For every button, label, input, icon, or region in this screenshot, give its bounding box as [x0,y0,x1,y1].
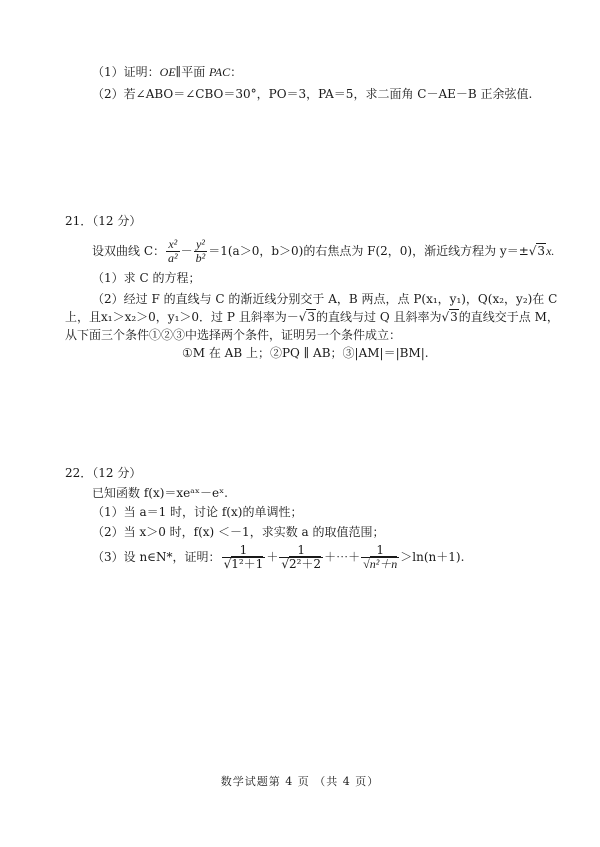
plus-sign: ＋ [266,550,278,564]
q21-intro-text: 设双曲线 C： [92,244,165,258]
q21-header: 21．（12 分） [65,213,141,229]
q22-part3-text: （3）设 n∈N*，证明： [92,550,221,564]
denominator: a² [166,252,180,265]
radicand: 2²＋2 [289,556,321,571]
q21-intro-text-b: ＝1(a＞0，b＞0)的右焦点为 F(2，0)，渐近线方程为 y＝± [208,244,529,258]
punct: ： [230,65,242,79]
denominator: b² [194,252,208,265]
page-footer: 数学试题第 4 页 （共 4 页） [0,774,600,790]
q21-intro: 设双曲线 C：x²a²－y²b²＝1(a＞0，b＞0)的右焦点为 F(2，0)，… [92,236,554,266]
q20-part1: （1）证明：OE∥平面 PAC： [92,64,242,80]
q21-text: 上，且x₁＞x₂＞0，y₁＞0．过 P 且斜率为－ [65,310,299,324]
q22-header: 22．（12 分） [65,465,141,481]
q21-text: 的直线交于点 M， [459,310,559,324]
sqrt-3: √3 [442,309,459,325]
radicand: n²＋n [370,556,398,571]
fraction-y2-b2: y²b² [194,238,208,265]
sqrt-3: √3 [529,236,546,266]
part-number: （1） [92,65,124,79]
fraction-term-n: 1√n²＋n [361,544,399,571]
fraction-x2-a2: x²a² [166,238,180,265]
fraction-term-1: 1√1²＋1 [222,544,266,571]
q20-part1-text: 证明： [124,65,160,79]
q20-part2: （2）若∠ABO＝∠CBO＝30°，PO＝3，PA＝5，求二面角 C－AE－B … [92,86,532,102]
q21-part2-line2: 上，且x₁＞x₂＞0，y₁＞0．过 P 且斜率为－√3的直线与过 Q 且斜率为√… [65,309,559,325]
denominator: √n²＋n [361,558,399,571]
part-number: （2） [92,87,124,101]
math-pac: PAC [209,65,230,79]
q22-part1: （1）当 a＝1 时，讨论 f(x)的单调性； [92,504,302,520]
minus-sign: － [181,244,193,258]
q22-intro: 已知函数 f(x)＝xeᵃˣ－eˣ. [92,485,228,501]
radicand: 3 [306,309,316,324]
q20-part2-text: 若∠ABO＝∠CBO＝30°，PO＝3，PA＝5，求二面角 C－AE－B 正余弦… [124,87,533,101]
numerator: y² [194,238,208,252]
denominator: √1²＋1 [222,558,266,571]
q20-part1-text-c: ∥平面 [176,65,209,79]
q21-text: 的直线与过 Q 且斜率为 [316,310,441,324]
math-x: x. [546,244,554,258]
denominator: √2²＋2 [279,558,323,571]
fraction-term-2: 1√2²＋2 [279,544,323,571]
q21-part1: （1）求 C 的方程； [92,270,200,286]
numerator: x² [166,238,180,252]
q22-part3: （3）设 n∈N*，证明：1√1²＋1＋1√2²＋2＋⋯＋1√n²＋n＞ln(n… [92,540,464,574]
radicand: 1²＋1 [231,556,263,571]
ellipsis-sum: ＋⋯＋ [324,550,360,564]
q21-conditions: ①M 在 AB 上；②PQ ∥ AB；③|AM|＝|BM|. [182,345,429,361]
q22-part3-text-b: ＞ln(n＋1). [400,550,464,564]
q22-part2: （2）当 x＞0 时，f(x) ＜－1，求实数 a 的取值范围； [92,524,384,540]
q21-part2-line3: 从下面三个条件①②③中选择两个条件，证明另一个条件成立： [65,327,401,343]
radicand: 3 [449,309,459,324]
math-oe: OE [160,65,176,79]
radicand: 3 [536,243,546,258]
q21-part2-line1: （2）经过 F 的直线与 C 的渐近线分别交于 A，B 两点，点 P(x₁，y₁… [92,291,557,307]
sqrt-3: √3 [299,309,316,325]
